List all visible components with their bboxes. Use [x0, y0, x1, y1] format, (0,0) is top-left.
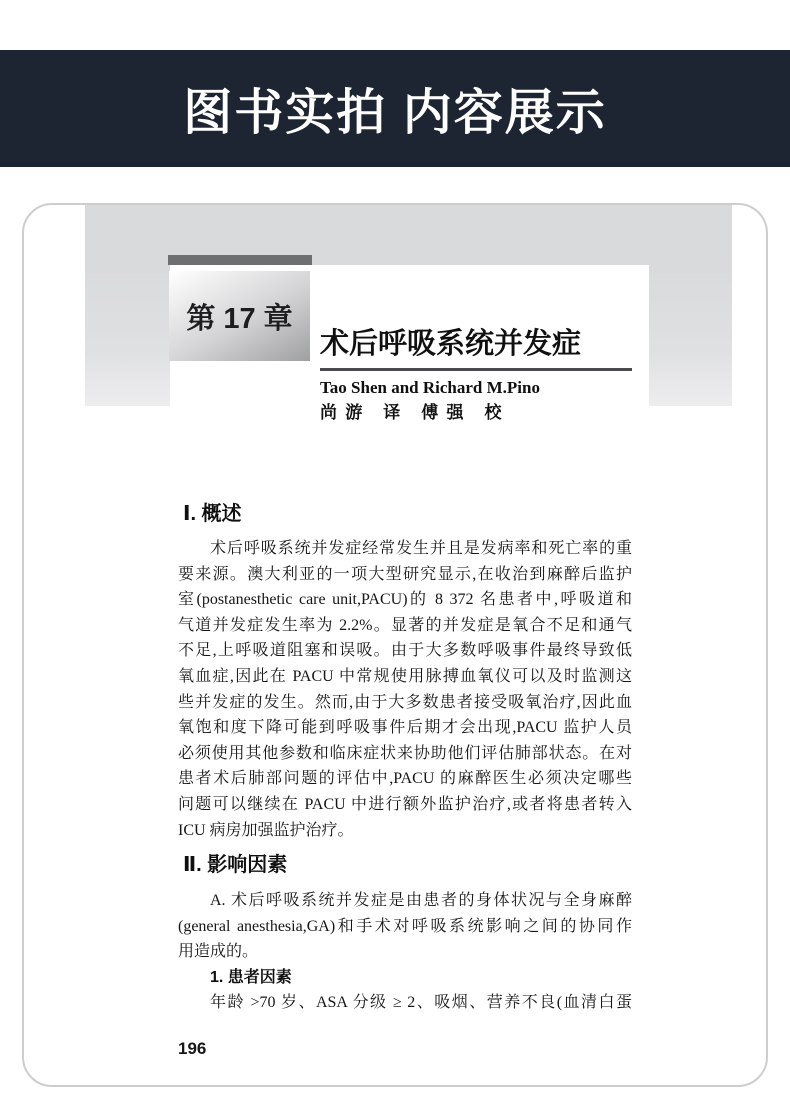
paragraph-line: 气道并发症发生率为 2.2%。显著的并发症是氧合不足和通气 — [178, 613, 632, 639]
paragraph-line: 氧饱和度下降可能到呼吸事件后期才会出现,PACU 监护人员 — [178, 715, 632, 741]
paragraph-line: 问题可以继续在 PACU 中进行额外监护治疗,或者将患者转入 — [178, 792, 632, 818]
overview-paragraph: 术后呼吸系统并发症经常发生并且是发病率和死亡率的重 要来源。澳大利亚的一项大型研… — [178, 536, 632, 843]
paragraph-line: 氧血症,因此在 PACU 中常规使用脉搏血氧仪可以及时监测这 — [178, 664, 632, 690]
paragraph-line: 用造成的。 — [178, 939, 632, 965]
section-heading-overview: Ⅰ. 概述 — [183, 501, 242, 527]
chapter-number-bar — [168, 255, 312, 265]
factors-paragraph: A. 术后呼吸系统并发症是由患者的身体状况与全身麻醉 (general anes… — [178, 888, 632, 1016]
chapter-number-label: 第 17 章 — [186, 296, 292, 337]
paragraph-line: 室(postanesthetic care unit,PACU)的 8 372 … — [178, 587, 632, 613]
promo-banner: 图书实拍 内容展示 — [0, 50, 790, 167]
promo-banner-title: 图书实拍 内容展示 — [183, 74, 607, 144]
section-heading-factors: Ⅱ. 影响因素 — [183, 852, 287, 878]
paragraph-line: 些并发症的发生。然而,由于大多数患者接受吸氧治疗,因此血 — [178, 690, 632, 716]
chapter-title: 术后呼吸系统并发症 — [320, 326, 581, 362]
header-right-column — [649, 265, 732, 406]
paragraph-line: 不足,上呼吸道阻塞和误吸。由于大多数呼吸事件最终导致低 — [178, 638, 632, 664]
page-number: 196 — [178, 1036, 206, 1062]
paragraph-line: 要来源。澳大利亚的一项大型研究显示,在收治到麻醉后监护 — [178, 562, 632, 588]
paragraph-line: 年龄 >70 岁、ASA 分级 ≥ 2、吸烟、营养不良(血清白蛋 — [178, 990, 632, 1016]
paragraph-line: A. 术后呼吸系统并发症是由患者的身体状况与全身麻醉 — [178, 888, 632, 914]
chapter-authors: Tao Shen and Richard M.Pino — [320, 376, 540, 400]
paragraph-line: 必须使用其他参数和临床症状来协助他们评估肺部状态。在对 — [178, 741, 632, 767]
paragraph-line: 患者术后肺部问题的评估中,PACU 的麻醉医生必须决定哪些 — [178, 766, 632, 792]
subsection-heading-patient-factors: 1. 患者因素 — [178, 965, 632, 991]
chapter-number-box: 第 17 章 — [169, 271, 310, 361]
chapter-translators: 尚 游 译 傅 强 校 — [320, 401, 504, 425]
paragraph-line: 术后呼吸系统并发症经常发生并且是发病率和死亡率的重 — [178, 536, 632, 562]
paragraph-line: (general anesthesia,GA)和手术对呼吸系统影响之间的协同作 — [178, 914, 632, 940]
chapter-title-rule — [320, 368, 632, 371]
screenshot-root: 图书实拍 内容展示 第 17 章 术后呼吸系统并发症 Tao Shen and … — [0, 0, 790, 1105]
header-left-column — [85, 265, 170, 406]
paragraph-line: ICU 病房加强监护治疗。 — [178, 818, 632, 844]
book-page-card: 第 17 章 术后呼吸系统并发症 Tao Shen and Richard M.… — [22, 203, 768, 1087]
